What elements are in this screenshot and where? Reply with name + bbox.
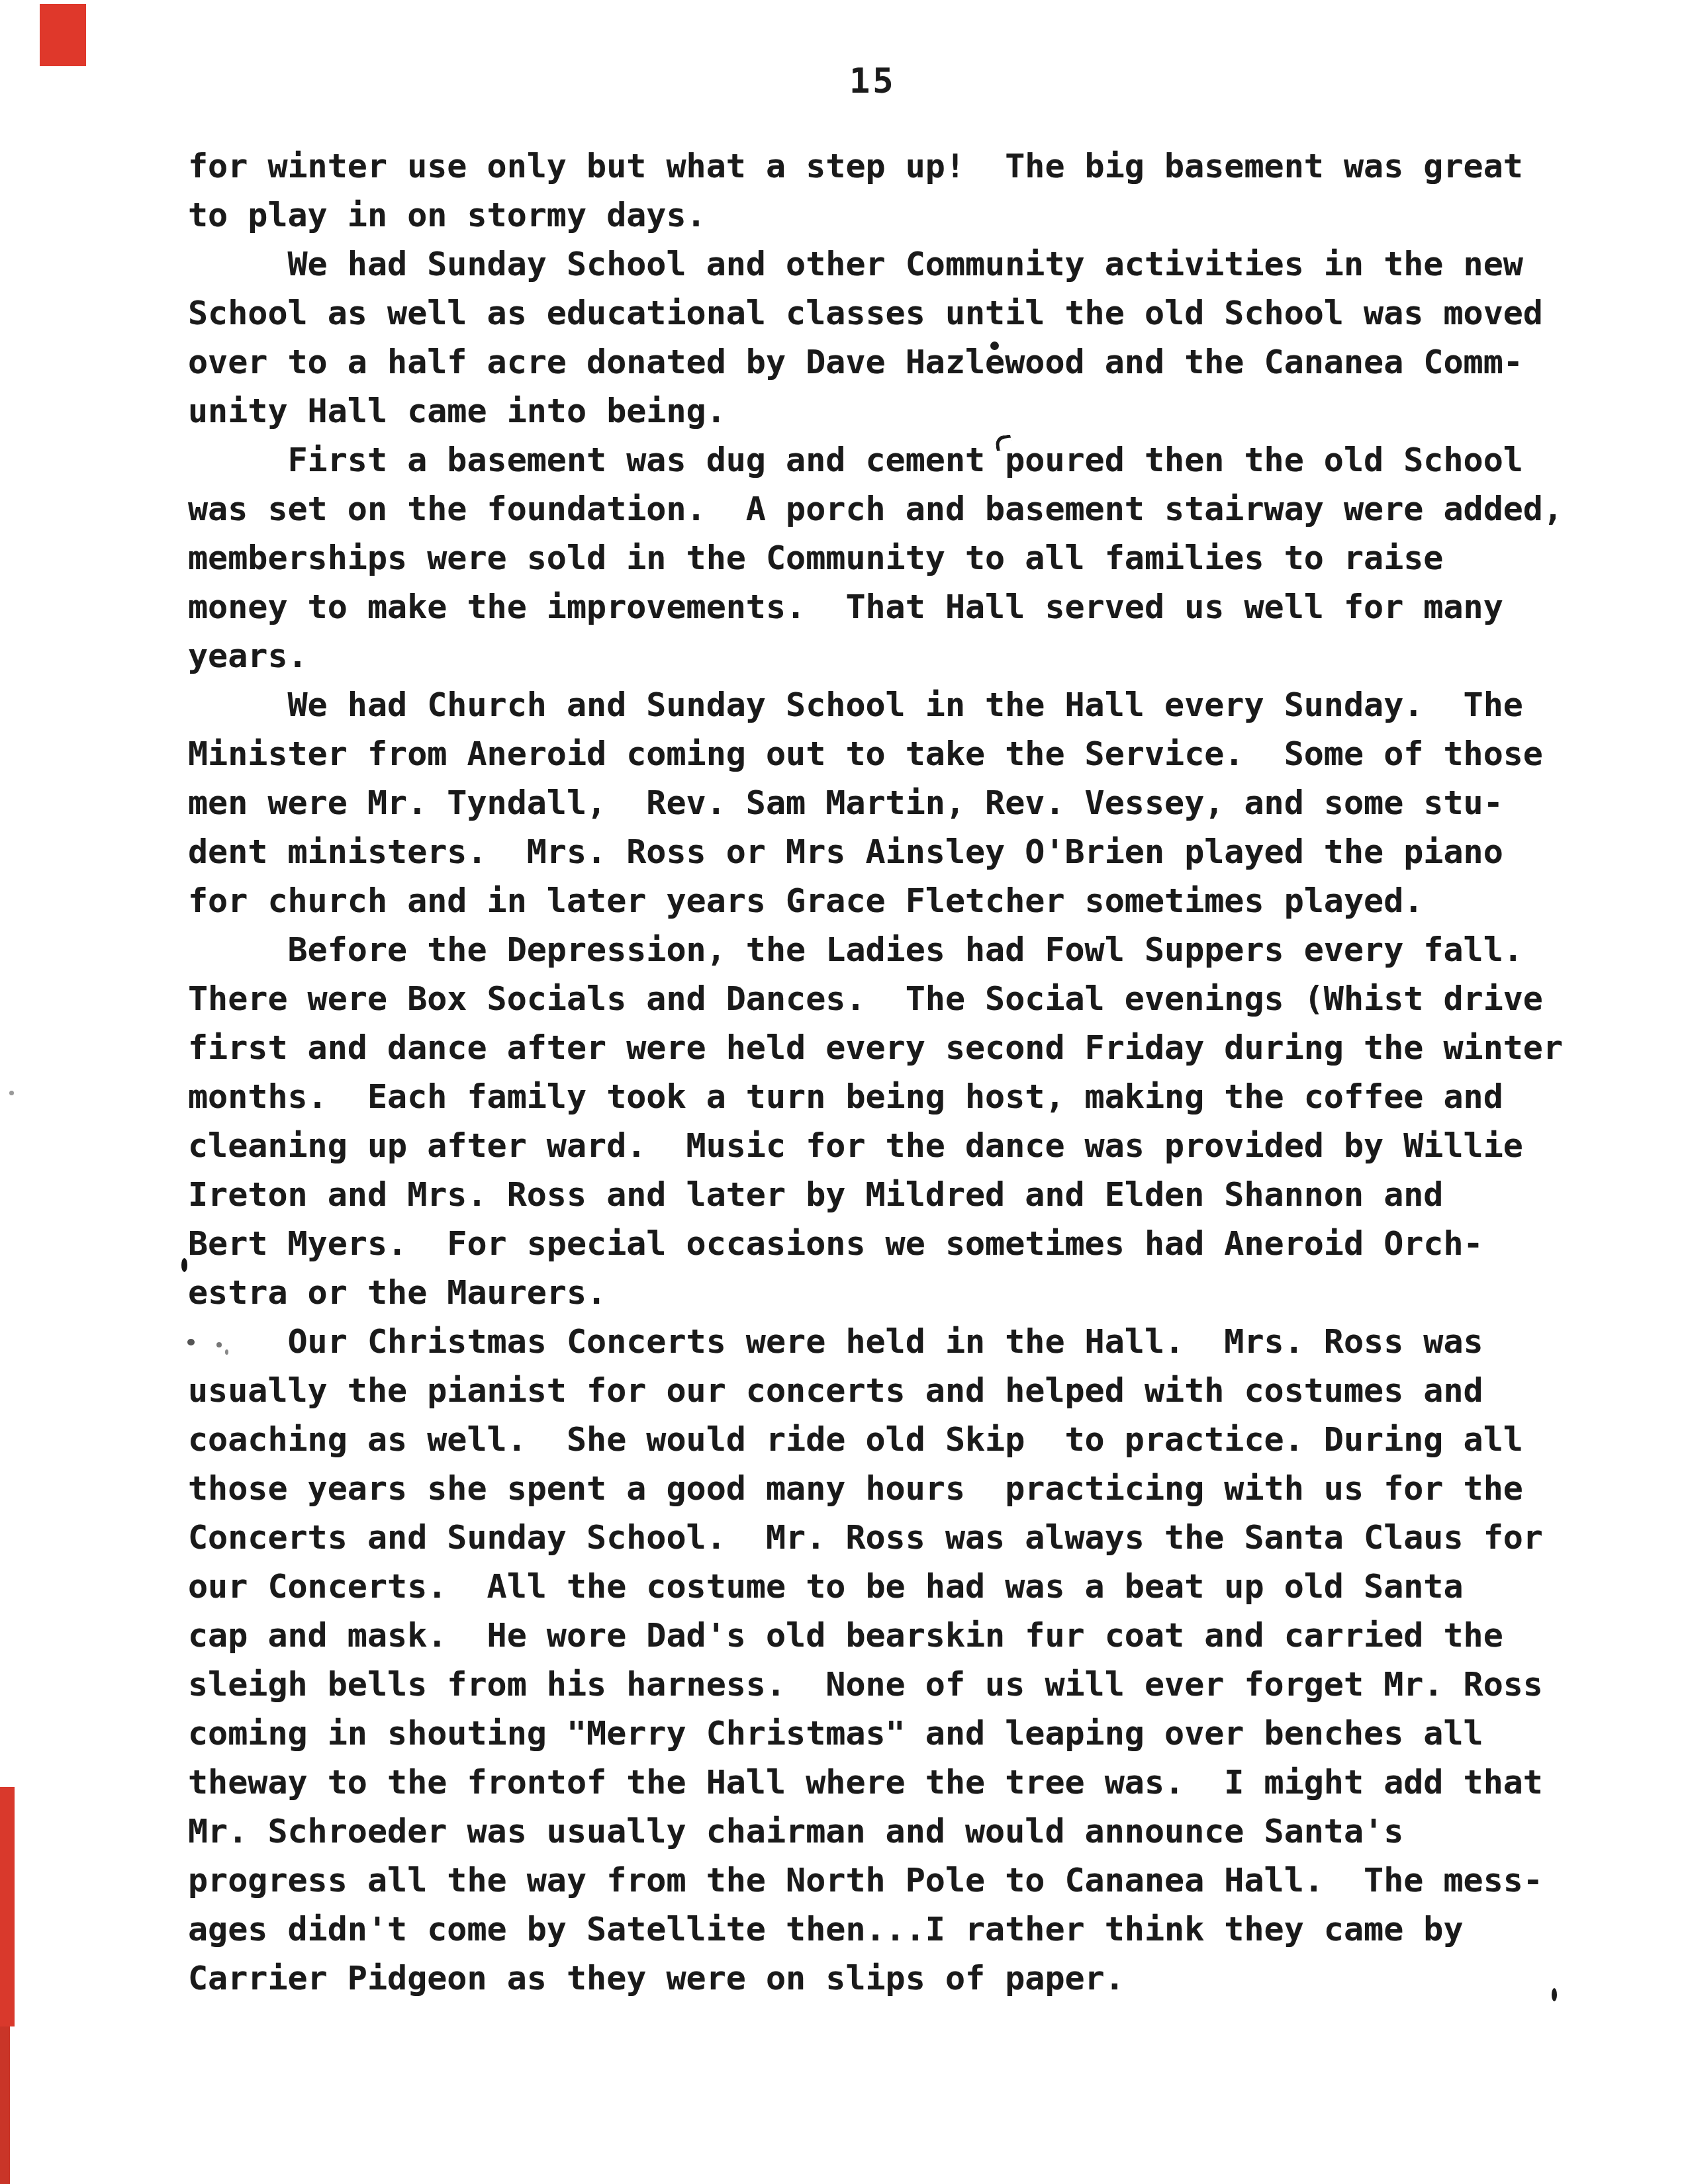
text-line: men were Mr. Tyndall, Rev. Sam Martin, R… (188, 778, 1631, 827)
text-line: coming in shouting "Merry Christmas" and… (188, 1709, 1631, 1758)
text-line: First a basement was dug and cement pour… (188, 435, 1631, 484)
text-line: School as well as educational classes un… (188, 289, 1631, 338)
red-scan-mark (0, 1787, 15, 2026)
typewritten-text-block: for winter use only but what a step up! … (188, 142, 1631, 2003)
page-number: 15 (849, 62, 896, 101)
text-line: for church and in later years Grace Flet… (188, 876, 1631, 925)
text-line: Ireton and Mrs. Ross and later by Mildre… (188, 1170, 1631, 1219)
text-line: cleaning up after ward. Music for the da… (188, 1121, 1631, 1170)
text-line: Minister from Aneroid coming out to take… (188, 729, 1631, 778)
text-line: money to make the improvements. That Hal… (188, 582, 1631, 631)
text-line: months. Each family took a turn being ho… (188, 1072, 1631, 1121)
text-line: Bert Myers. For special occasions we som… (188, 1219, 1631, 1268)
text-line: usually the pianist for our concerts and… (188, 1366, 1631, 1415)
ink-speck (1552, 1988, 1557, 2001)
text-line: progress all the way from the North Pole… (188, 1856, 1631, 1905)
text-line: those years she spent a good many hours … (188, 1464, 1631, 1513)
text-line: We had Church and Sunday School in the H… (188, 680, 1631, 729)
text-line: Before the Depression, the Ladies had Fo… (188, 925, 1631, 974)
text-line: cap and mask. He wore Dad's old bearskin… (188, 1611, 1631, 1660)
ink-speck (990, 341, 999, 350)
text-line: estra or the Maurers. (188, 1268, 1631, 1317)
ink-speck (181, 1258, 187, 1272)
text-line: first and dance after were held every se… (188, 1023, 1631, 1072)
text-line: Concerts and Sunday School. Mr. Ross was… (188, 1513, 1631, 1562)
text-line: years. (188, 631, 1631, 680)
text-line: Mr. Schroeder was usually chairman and w… (188, 1807, 1631, 1856)
text-line: memberships were sold in the Community t… (188, 533, 1631, 582)
text-line: theway to the frontof the Hall where the… (188, 1758, 1631, 1807)
text-line: for winter use only but what a step up! … (188, 142, 1631, 191)
red-scan-mark (40, 4, 86, 66)
scanned-document-page: 15 for winter use only but what a step u… (0, 0, 1688, 2184)
text-line: ages didn't come by Satellite then...I r… (188, 1905, 1631, 1954)
text-line: unity Hall came into being. (188, 387, 1631, 435)
ink-speck (187, 1339, 195, 1345)
text-line: was set on the foundation. A porch and b… (188, 484, 1631, 533)
ink-speck (216, 1342, 222, 1347)
text-line: over to a half acre donated by Dave Hazl… (188, 338, 1631, 387)
text-line: We had Sunday School and other Community… (188, 240, 1631, 289)
text-line: sleigh bells from his harness. None of u… (188, 1660, 1631, 1709)
text-line: Our Christmas Concerts were held in the … (188, 1317, 1631, 1366)
text-line: Carrier Pidgeon as they were on slips of… (188, 1954, 1631, 2003)
text-line: dent ministers. Mrs. Ross or Mrs Ainsley… (188, 827, 1631, 876)
text-line: coaching as well. She would ride old Ski… (188, 1415, 1631, 1464)
text-line: to play in on stormy days. (188, 191, 1631, 240)
red-scan-mark (0, 2026, 10, 2184)
ink-speck (9, 1091, 14, 1095)
ink-speck (225, 1349, 228, 1355)
text-line: There were Box Socials and Dances. The S… (188, 974, 1631, 1023)
text-line: our Concerts. All the costume to be had … (188, 1562, 1631, 1611)
